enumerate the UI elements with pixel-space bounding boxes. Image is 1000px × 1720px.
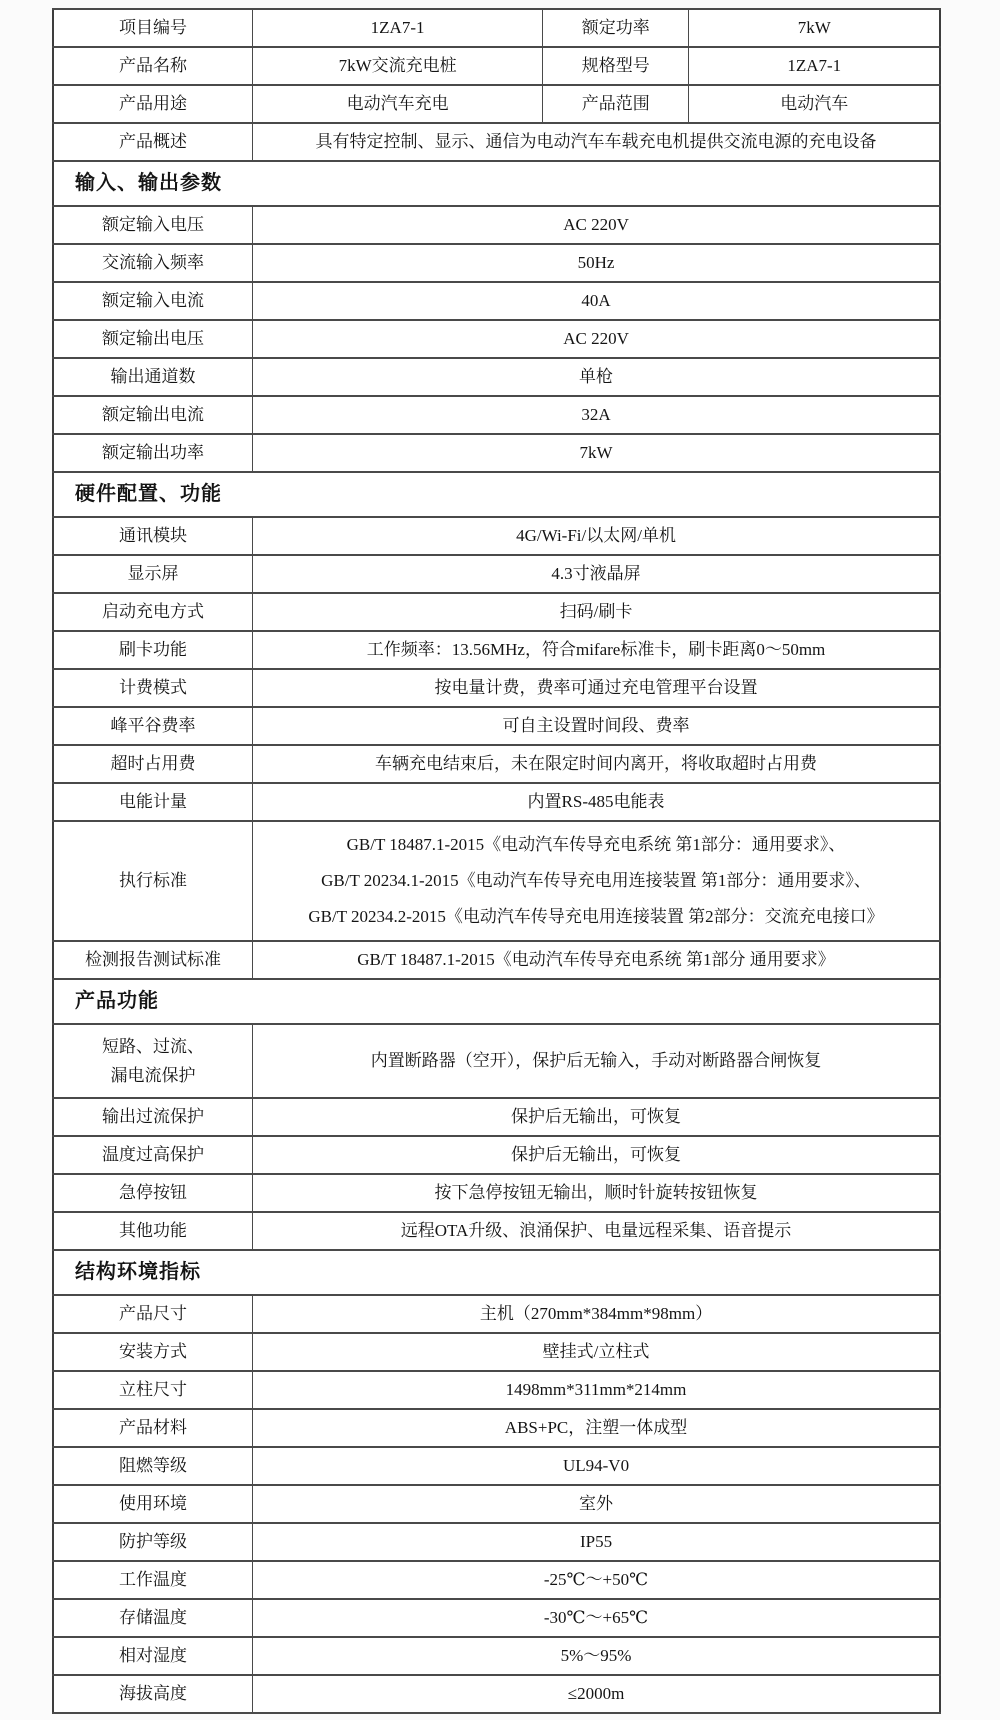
field-label: 海拔高度 [53, 1675, 253, 1713]
table-row: 产品概述 具有特定控制、显示、通信为电动汽车车载充电机提供交流电源的充电设备 [53, 123, 940, 161]
field-label: 产品概述 [53, 123, 253, 161]
table-row: 计费模式 按电量计费，费率可通过充电管理平台设置 [53, 669, 940, 707]
table-row: 项目编号 1ZA7-1 额定功率 7kW [53, 9, 940, 47]
field-value: UL94-V0 [253, 1447, 940, 1485]
field-label: 产品名称 [53, 47, 253, 85]
table-row: 检测报告测试标准 GB/T 18487.1-2015《电动汽车传导充电系统 第1… [53, 941, 940, 979]
field-label: 显示屏 [53, 555, 253, 593]
field-label: 急停按钮 [53, 1174, 253, 1212]
table-row: 产品名称 7kW交流充电桩 规格型号 1ZA7-1 [53, 47, 940, 85]
field-label: 立柱尺寸 [53, 1371, 253, 1409]
field-value: 7kW [689, 9, 940, 47]
table-row: 产品材料 ABS+PC，注塑一体成型 [53, 1409, 940, 1447]
field-value: 电动汽车充电 [253, 85, 543, 123]
field-value: 远程OTA升级、浪涌保护、电量远程采集、语音提示 [253, 1212, 940, 1250]
table-row: 额定输入电压 AC 220V [53, 206, 940, 244]
field-label: 额定输入电流 [53, 282, 253, 320]
field-value: 室外 [253, 1485, 940, 1523]
field-value: 车辆充电结束后，未在限定时间内离开，将收取超时占用费 [253, 745, 940, 783]
table-row: 额定输出电压 AC 220V [53, 320, 940, 358]
field-value: 4G/Wi-Fi/以太网/单机 [253, 517, 940, 555]
table-row: 显示屏 4.3寸液晶屏 [53, 555, 940, 593]
section-title: 硬件配置、功能 [53, 472, 940, 517]
field-label: 输出通道数 [53, 358, 253, 396]
field-label: 产品材料 [53, 1409, 253, 1447]
field-label: 电能计量 [53, 783, 253, 821]
table-row: 刷卡功能 工作频率：13.56MHz，符合mifare标准卡，刷卡距离0～50m… [53, 631, 940, 669]
field-value: ≤2000m [253, 1675, 940, 1713]
field-value: -25℃～+50℃ [253, 1561, 940, 1599]
field-label: 刷卡功能 [53, 631, 253, 669]
field-label: 产品尺寸 [53, 1295, 253, 1333]
field-label: 交流输入频率 [53, 244, 253, 282]
spec-sheet: 项目编号 1ZA7-1 额定功率 7kW 产品名称 7kW交流充电桩 规格型号 … [52, 8, 941, 1714]
field-label: 工作温度 [53, 1561, 253, 1599]
product-spec-table: 项目编号 1ZA7-1 额定功率 7kW 产品名称 7kW交流充电桩 规格型号 … [52, 8, 941, 1714]
table-row: 海拔高度 ≤2000m [53, 1675, 940, 1713]
field-label: 使用环境 [53, 1485, 253, 1523]
field-value: 1ZA7-1 [253, 9, 543, 47]
field-value: 工作频率：13.56MHz，符合mifare标准卡，刷卡距离0～50mm [253, 631, 940, 669]
section-title: 产品功能 [53, 979, 940, 1024]
field-value: GB/T 18487.1-2015《电动汽车传导充电系统 第1部分 通用要求》 [253, 941, 940, 979]
table-row: 额定输出电流 32A [53, 396, 940, 434]
field-label: 防护等级 [53, 1523, 253, 1561]
field-value: ABS+PC，注塑一体成型 [253, 1409, 940, 1447]
field-value: 7kW [253, 434, 940, 472]
section-title: 结构环境指标 [53, 1250, 940, 1295]
field-value: 壁挂式/立柱式 [253, 1333, 940, 1371]
table-row: 其他功能 远程OTA升级、浪涌保护、电量远程采集、语音提示 [53, 1212, 940, 1250]
field-value: 内置RS-485电能表 [253, 783, 940, 821]
field-label: 额定输出电流 [53, 396, 253, 434]
section-header-row: 硬件配置、功能 [53, 472, 940, 517]
field-label: 安装方式 [53, 1333, 253, 1371]
field-value: 扫码/刷卡 [253, 593, 940, 631]
field-label: 短路、过流、 漏电流保护 [53, 1024, 253, 1098]
table-row: 温度过高保护 保护后无输出，可恢复 [53, 1136, 940, 1174]
field-value: 可自主设置时间段、费率 [253, 707, 940, 745]
field-value: IP55 [253, 1523, 940, 1561]
field-label: 通讯模块 [53, 517, 253, 555]
table-row: 使用环境 室外 [53, 1485, 940, 1523]
table-row: 工作温度 -25℃～+50℃ [53, 1561, 940, 1599]
field-value: 32A [253, 396, 940, 434]
section-header-row: 产品功能 [53, 979, 940, 1024]
field-label: 阻燃等级 [53, 1447, 253, 1485]
field-value: 具有特定控制、显示、通信为电动汽车车载充电机提供交流电源的充电设备 [253, 123, 940, 161]
table-row: 产品用途 电动汽车充电 产品范围 电动汽车 [53, 85, 940, 123]
field-label: 项目编号 [53, 9, 253, 47]
section-title: 输入、输出参数 [53, 161, 940, 206]
table-row: 相对湿度 5%～95% [53, 1637, 940, 1675]
field-label: 执行标准 [53, 821, 253, 941]
field-value: GB/T 18487.1-2015《电动汽车传导充电系统 第1部分：通用要求》、… [253, 821, 940, 941]
table-row: 执行标准 GB/T 18487.1-2015《电动汽车传导充电系统 第1部分：通… [53, 821, 940, 941]
field-label: 超时占用费 [53, 745, 253, 783]
field-label: 额定输入电压 [53, 206, 253, 244]
field-label: 额定输出功率 [53, 434, 253, 472]
table-row: 超时占用费 车辆充电结束后，未在限定时间内离开，将收取超时占用费 [53, 745, 940, 783]
table-row: 短路、过流、 漏电流保护 内置断路器（空开），保护后无输入，手动对断路器合闸恢复 [53, 1024, 940, 1098]
table-row: 峰平谷费率 可自主设置时间段、费率 [53, 707, 940, 745]
table-row: 额定输出功率 7kW [53, 434, 940, 472]
field-value: 40A [253, 282, 940, 320]
table-row: 安装方式 壁挂式/立柱式 [53, 1333, 940, 1371]
field-value: 保护后无输出，可恢复 [253, 1136, 940, 1174]
field-value: 电动汽车 [689, 85, 940, 123]
table-row: 启动充电方式 扫码/刷卡 [53, 593, 940, 631]
section-header-row: 输入、输出参数 [53, 161, 940, 206]
table-row: 输出过流保护 保护后无输出，可恢复 [53, 1098, 940, 1136]
field-label: 相对湿度 [53, 1637, 253, 1675]
field-value: 主机（270mm*384mm*98mm） [253, 1295, 940, 1333]
table-row: 防护等级 IP55 [53, 1523, 940, 1561]
field-label: 输出过流保护 [53, 1098, 253, 1136]
table-row: 额定输入电流 40A [53, 282, 940, 320]
table-row: 急停按钮 按下急停按钮无输出，顺时针旋转按钮恢复 [53, 1174, 940, 1212]
field-value: 1ZA7-1 [689, 47, 940, 85]
field-label: 额定输出电压 [53, 320, 253, 358]
field-value: -30℃～+65℃ [253, 1599, 940, 1637]
field-value: 7kW交流充电桩 [253, 47, 543, 85]
table-row: 立柱尺寸 1498mm*311mm*214mm [53, 1371, 940, 1409]
table-row: 通讯模块 4G/Wi-Fi/以太网/单机 [53, 517, 940, 555]
field-value: 按电量计费，费率可通过充电管理平台设置 [253, 669, 940, 707]
field-label: 产品范围 [543, 85, 689, 123]
field-label: 其他功能 [53, 1212, 253, 1250]
table-row: 存储温度 -30℃～+65℃ [53, 1599, 940, 1637]
field-label: 规格型号 [543, 47, 689, 85]
field-label: 计费模式 [53, 669, 253, 707]
section-header-row: 结构环境指标 [53, 1250, 940, 1295]
field-value: AC 220V [253, 320, 940, 358]
table-row: 输出通道数 单枪 [53, 358, 940, 396]
table-row: 产品尺寸 主机（270mm*384mm*98mm） [53, 1295, 940, 1333]
field-value: 内置断路器（空开），保护后无输入，手动对断路器合闸恢复 [253, 1024, 940, 1098]
table-row: 阻燃等级 UL94-V0 [53, 1447, 940, 1485]
field-value: 单枪 [253, 358, 940, 396]
field-label: 产品用途 [53, 85, 253, 123]
field-value: 按下急停按钮无输出，顺时针旋转按钮恢复 [253, 1174, 940, 1212]
field-value: 4.3寸液晶屏 [253, 555, 940, 593]
field-value: 50Hz [253, 244, 940, 282]
field-label: 启动充电方式 [53, 593, 253, 631]
field-label: 检测报告测试标准 [53, 941, 253, 979]
field-value: AC 220V [253, 206, 940, 244]
field-label: 存储温度 [53, 1599, 253, 1637]
field-label: 峰平谷费率 [53, 707, 253, 745]
field-value: 5%～95% [253, 1637, 940, 1675]
field-value: 保护后无输出，可恢复 [253, 1098, 940, 1136]
table-row: 交流输入频率 50Hz [53, 244, 940, 282]
field-label: 温度过高保护 [53, 1136, 253, 1174]
table-row: 电能计量 内置RS-485电能表 [53, 783, 940, 821]
field-label: 额定功率 [543, 9, 689, 47]
field-value: 1498mm*311mm*214mm [253, 1371, 940, 1409]
